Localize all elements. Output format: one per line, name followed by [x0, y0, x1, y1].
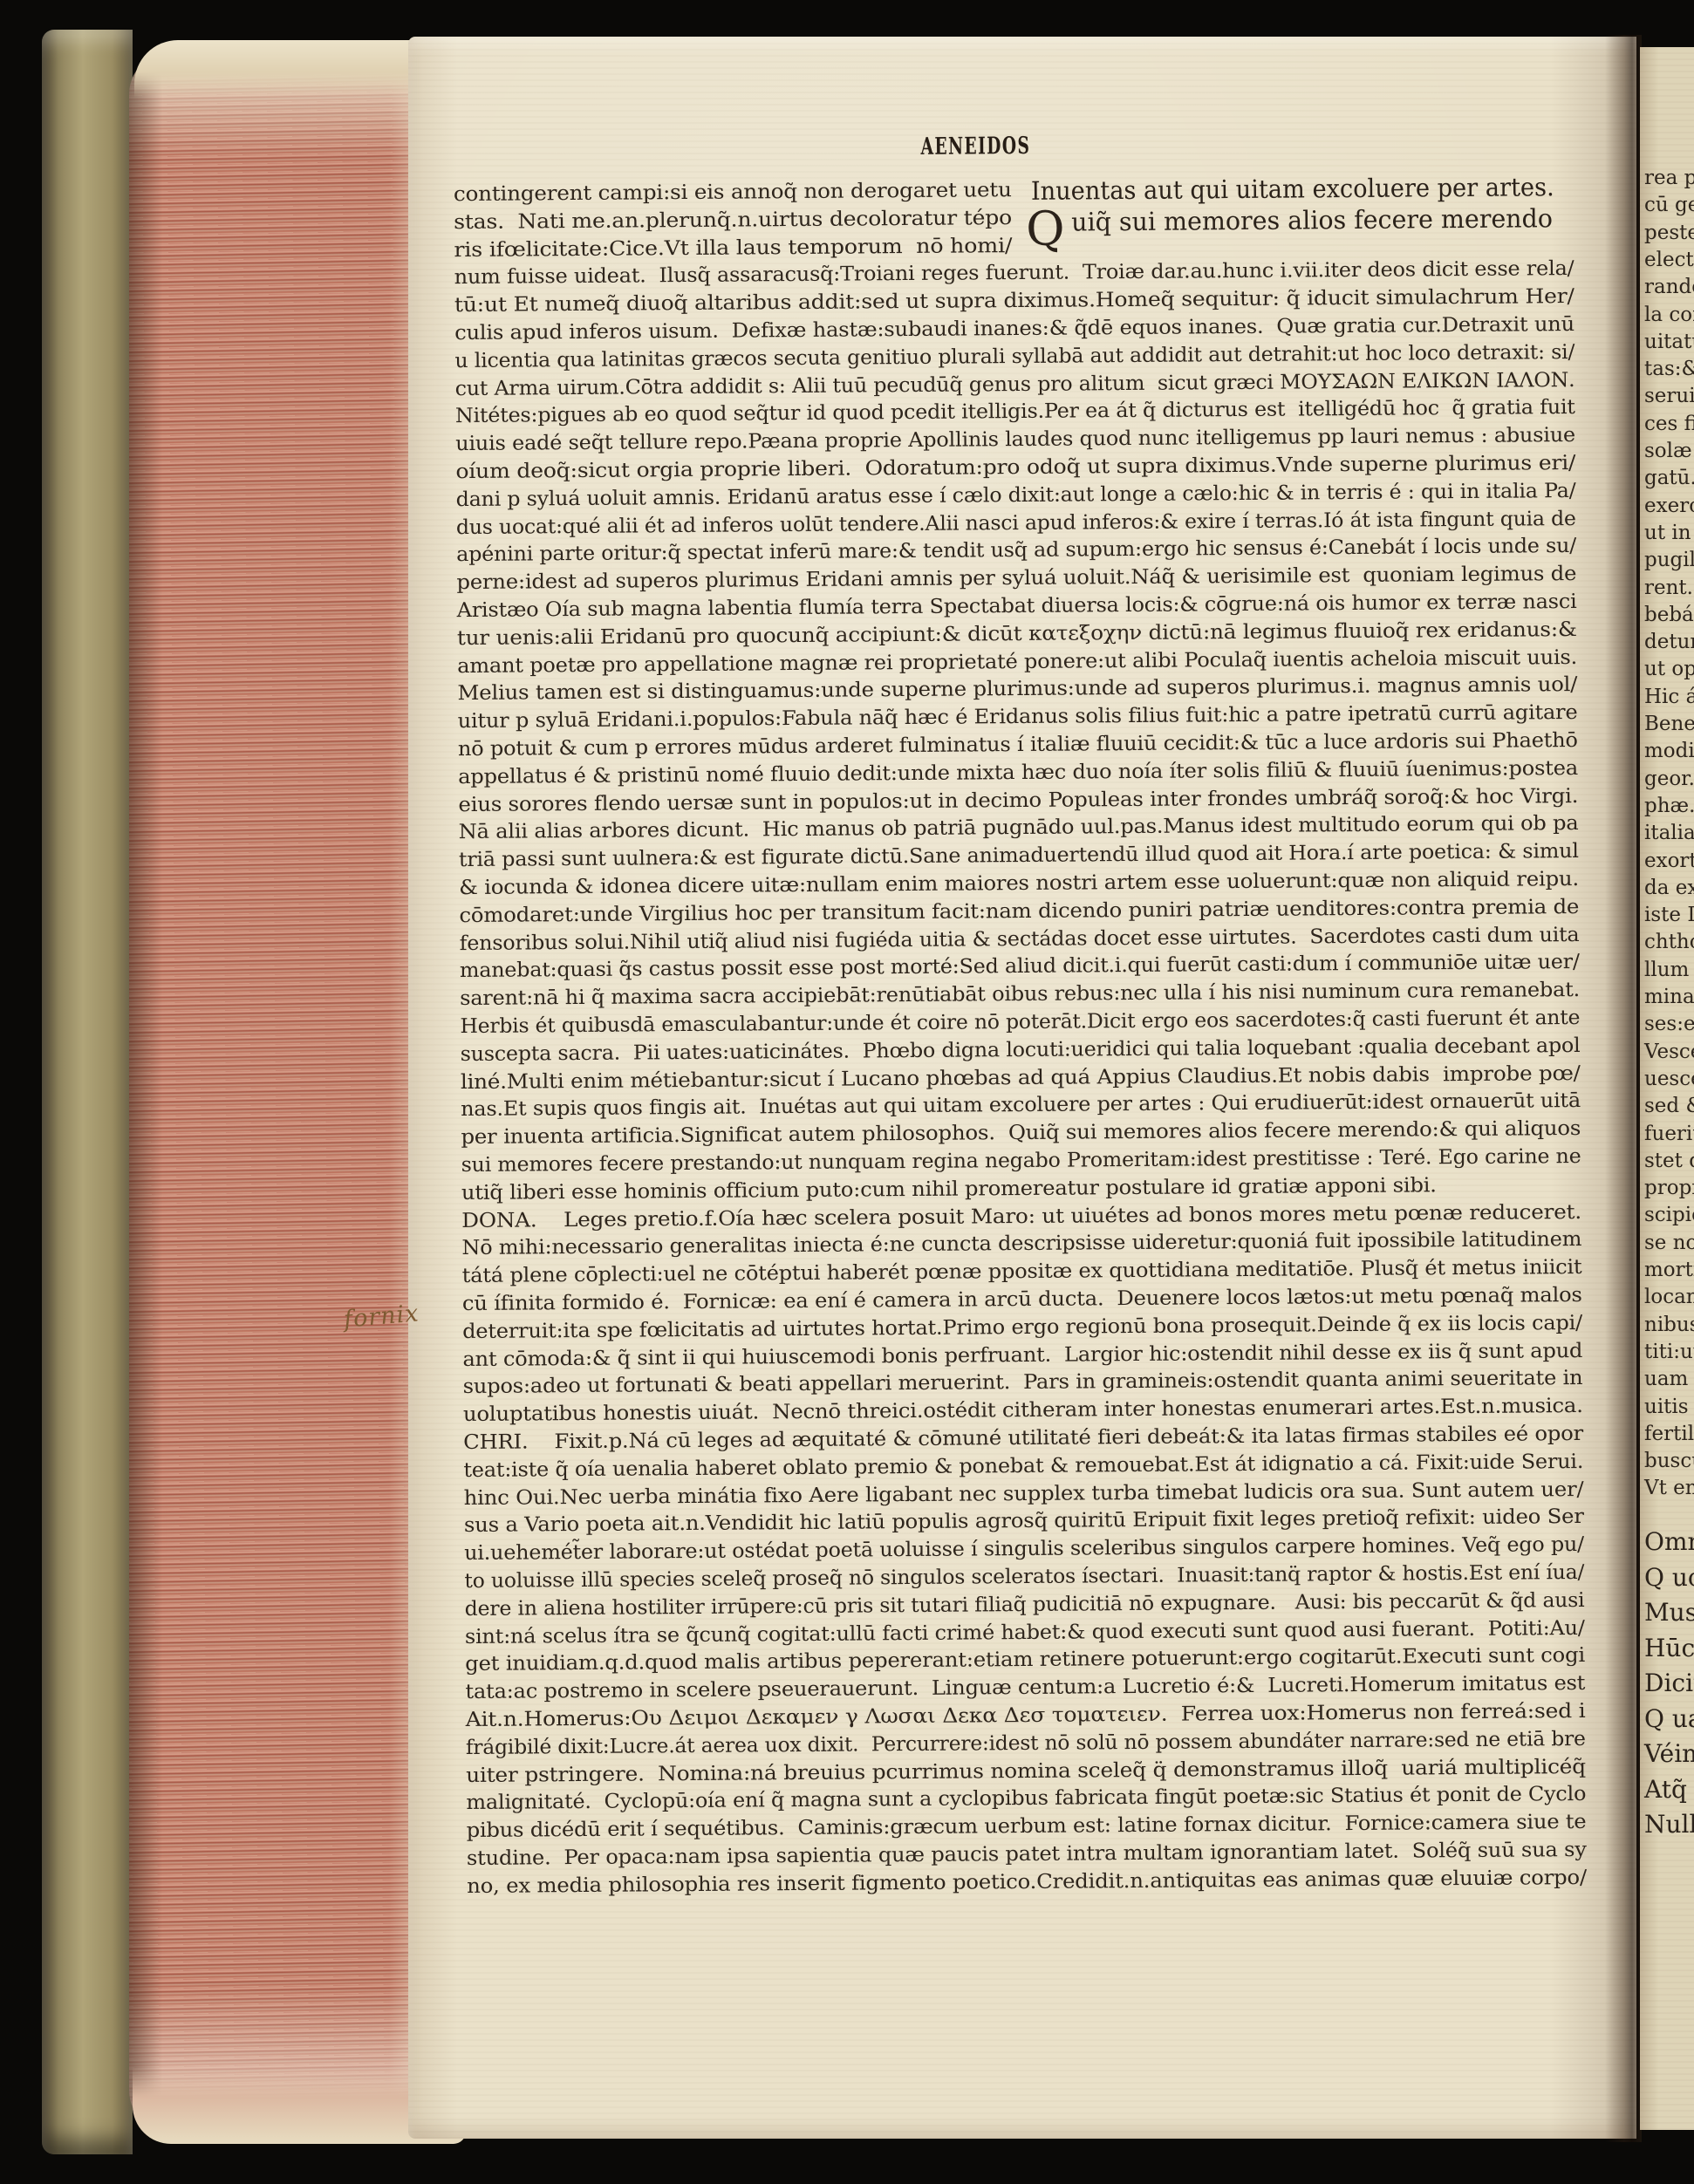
text-line: get inuidiam.q.d.quod malis artibus pepe… [465, 1644, 1585, 1676]
facing-page-line-fragment: buscunqu [1644, 1450, 1694, 1472]
text-line: u licentia qua latinitas græcos secuta g… [454, 341, 1574, 372]
facing-page-line-fragment: titi:ut Ha [1644, 1341, 1694, 1363]
text-line: stas. Nati me.an.plerunq̃.n.uirtus decol… [454, 207, 1012, 234]
text-line: Melius tamen est si distinguamus:unde su… [457, 673, 1577, 705]
facing-page-line-fragment: Vescent [1644, 1041, 1694, 1063]
text-line: ant cōmoda:& q̃ sint ii qui huiuscemodi … [462, 1340, 1582, 1371]
text-line: Ait.n.Homerus:Ου Δειμοι Δεκαμεν γ Λωσαι … [466, 1700, 1586, 1731]
text-line: sarent:nā hi q̃ maxima sacra accipiebāt:… [460, 979, 1580, 1010]
facing-page-line-fragment: rea polut [1644, 167, 1694, 189]
text-line: uitur p syluā Eridani.i.populos:Fabula n… [458, 701, 1578, 733]
facing-page-line-fragment: gatū. No [1644, 467, 1694, 489]
text-line: utiq̃ liberi esse hominis officium puto:… [461, 1174, 1437, 1205]
facing-page-line-fragment: tas:& He [1644, 358, 1694, 380]
text-line: perne:idest ad superos plurimus Eridani … [456, 563, 1576, 594]
text-line: uoluptatibus honestis uiuát. Necnō threi… [463, 1395, 1583, 1426]
text-line: sus a Vario poeta ait.n.Vendidit hic lat… [464, 1505, 1584, 1537]
text-line: cut Arma uirum.Cōtra addidit s: Alii tuū… [455, 369, 1575, 400]
book-photo: AENEIDOS Inuentas aut qui uitam excoluer… [0, 0, 1694, 2184]
text-line: tata:ac postremo in scelere pseuerauerun… [465, 1672, 1585, 1703]
text-line: num fuisse uideat. Ilusq̃ assaracusq̃:Tr… [454, 257, 1574, 289]
text-line: appellatus é & pristinū nomé fluuio dedi… [458, 757, 1578, 788]
text-line: ris ifœlicitate:Cice.Vt illa laus tempor… [454, 235, 1012, 262]
facing-page-line-fragment: rando:ue [1644, 276, 1694, 298]
text-line: amant poetæ pro appellatione magnæ rei p… [457, 646, 1577, 678]
facing-page-line-fragment: bebátur.A [1644, 604, 1694, 626]
facing-page-line-fragment: pugiles ex [1644, 549, 1694, 571]
facing-page-line-fragment: exercitati [1644, 495, 1694, 517]
facing-page-line-fragment: chthoni [1644, 931, 1694, 953]
text-line: dere in aliena hostiliter irrūpere:cū pr… [465, 1589, 1585, 1621]
facing-page-verse-fragment: Musæu [1644, 1598, 1694, 1627]
facing-page-line-fragment: Hic át obl [1644, 686, 1694, 708]
facing-page-verse-fragment: Q uos d [1644, 1563, 1694, 1592]
facing-page-verse-fragment: Hūc ha [1644, 1634, 1694, 1662]
text-line: malignitaté. Cyclopū:oía ení q̃ magna su… [466, 1783, 1586, 1814]
text-line: Nā alii alias arbores dicunt. Hic manus … [459, 812, 1579, 843]
text-line: dani p syluá uoluit amnis. Eridanū aratu… [456, 480, 1576, 511]
text-line: Aristæo Oía sub magna labentia flumía te… [457, 590, 1577, 622]
facing-page-line-fragment: fuerit:no [1644, 1123, 1694, 1145]
text-line: DONA. Leges pretio.f.Oía hæc scelera pos… [461, 1201, 1581, 1232]
facing-page-line-fragment: ces figme [1644, 413, 1694, 435]
facing-page-line-fragment: uitis pur [1644, 1396, 1694, 1418]
facing-page-line-fragment: fertilis. N [1644, 1423, 1694, 1445]
text-line: deterruit:ita spe fœlicitatis ad uirtute… [462, 1312, 1582, 1343]
facing-page-line-fragment: seruiés h [1644, 385, 1694, 407]
text-line: Nō mihi:necessario generalitas iniecta é… [461, 1228, 1581, 1259]
text-line: to uoluisse illū species sceleq̃ proseq̃… [464, 1561, 1584, 1593]
facing-page-line-fragment: iste Dard [1644, 904, 1694, 926]
facing-page-line-fragment: pestes:sec [1644, 222, 1694, 244]
text-line: uiuis eadé seq̃t tellure repo.Pæana prop… [455, 424, 1575, 455]
facing-page-line-fragment: ses:ex Ar [1644, 1013, 1694, 1035]
text-line: cū ífinita formido é. Fornicæ: ea ení é … [462, 1284, 1582, 1315]
facing-page-line-fragment: locantur: [1644, 1286, 1694, 1308]
facing-page-line-fragment: sed & d ca [1644, 1095, 1694, 1117]
facing-page-line-fragment: ut oppone [1644, 658, 1694, 680]
facing-page-line-fragment: llum As [1644, 959, 1694, 981]
facing-page-line-fragment: cū gemit [1644, 194, 1694, 216]
text-line: tátá plene cōplecti:uel ne cōtéptui habe… [462, 1256, 1582, 1287]
facing-page-line-fragment: electo ge [1644, 249, 1694, 271]
text-line: contingerent campi:si eis annoq̃ non der… [454, 179, 1012, 206]
printed-text-area: AENEIDOS Inuentas aut qui uitam excoluer… [400, 32, 1645, 2144]
facing-page-line-fragment: rent.Erat [1644, 577, 1694, 599]
text-line: cōmodaret:unde Virgilius hoc per transit… [459, 896, 1579, 927]
facing-page-verse-fragment: Omnib [1644, 1527, 1694, 1556]
text-line: Nitétes:pigues ab eo quod seq̃tur id quo… [455, 396, 1575, 427]
facing-page-line-fragment: ut in peric [1644, 522, 1694, 544]
text-line: dus uocat:qué alii ét ad inferos uolūt t… [456, 508, 1576, 539]
text-line: apénini parte oritur:q̃ spectat inferū m… [456, 535, 1576, 566]
text-line: oíum deoq̃:sicut orgia proprie liberi. O… [455, 452, 1575, 483]
text-line: frágibilé dixit:Lucre.át aerea uox dixit… [466, 1728, 1586, 1759]
text-line: liné.Multi enim métiebantur:sicut í Luca… [461, 1062, 1581, 1094]
facing-page-line-fragment: minauit [1644, 986, 1694, 1008]
text-line: pibus dicédū erit í sequétibus. Caminis:… [467, 1811, 1587, 1842]
facing-page-line-fragment: phæ.Ven [1644, 795, 1694, 817]
text-line: nas.Et supis quos fingis ait. Inuétas au… [461, 1089, 1581, 1121]
text-line: & iocunda & idonea dicere uitæ:nullam en… [459, 868, 1579, 899]
text-line: Herbis ét quibusdā emasculabantur:unde é… [460, 1007, 1580, 1038]
facing-page-line-fragment: italia ex lo [1644, 822, 1694, 844]
facing-page-line-fragment: uam inte [1644, 1368, 1694, 1390]
book-page: AENEIDOS Inuentas aut qui uitam excoluer… [408, 37, 1636, 2139]
facing-page-line-fragment: Vt enim [1644, 1477, 1694, 1499]
facing-page-line-fragment: deturpant [1644, 631, 1694, 653]
facing-page-line-fragment: stet duo u [1644, 1150, 1694, 1172]
text-line: per inuenta artificia.Significat autem p… [461, 1117, 1581, 1149]
text-line: uiter pstringere. Nomina:ná breuius pcur… [466, 1756, 1586, 1787]
text-line: teat:iste q̃ oía uenalia haberet oblato … [463, 1450, 1583, 1482]
text-line: suscepta sacra. Pii uates:uaticinátes. P… [461, 1034, 1581, 1066]
verse-line-2: Quiq̃ sui memores alios fecere merendo [1026, 203, 1561, 247]
verse-line-1: Inuentas aut qui uitam excoluere per art… [1031, 172, 1554, 206]
facing-page-line-fragment: uitatū & [1644, 331, 1694, 353]
book-cover-board [42, 30, 133, 2154]
facing-page-line-fragment: da exular [1644, 877, 1694, 899]
text-line: tū:ut Et numeq̃ diuoq̃ altaribus addit:s… [454, 285, 1574, 317]
facing-page-line-fragment: solæ debe [1644, 440, 1694, 462]
running-title: AENEIDOS [920, 133, 1030, 160]
facing-page-line-fragment: modi reb [1644, 740, 1694, 762]
text-line: sui memores fecere prestando:ut nunquam … [461, 1145, 1581, 1177]
facing-page-verse-fragment: Véimu [1644, 1739, 1694, 1768]
commentary-block: contingerent campi:si eis annoq̃ non der… [400, 32, 1629, 42]
text-line: hinc Oui.Nec uerba minátia fixo Aere lig… [464, 1478, 1584, 1510]
facing-page-line-fragment: mortis ge [1644, 1259, 1694, 1281]
text-line: triā passi sunt uulnera:& est figurate d… [459, 840, 1579, 871]
text-line: manebat:quasi q̃s castus possit esse pos… [460, 951, 1580, 982]
facing-page-verse-fragment: Q uæ n [1644, 1704, 1694, 1733]
text-line: CHRI. Fixit.p.Ná cū leges ad æquitaté & … [463, 1423, 1583, 1454]
facing-page-line-fragment: uescentes [1644, 1068, 1694, 1090]
text-line: studine. Per opaca:nam ipsa sapientia qu… [467, 1839, 1587, 1870]
drop-cap-initial: Q [1026, 212, 1065, 247]
facing-page-line-fragment: scipienda [1644, 1204, 1694, 1226]
facing-page-verse-fragment: Atq̃ hu [1644, 1775, 1694, 1804]
facing-page-verse-fragment: Nulli d [1644, 1810, 1694, 1839]
facing-page-line-fragment: geor. Ge [1644, 768, 1694, 790]
text-line: ui.uehemét̃er laborare:ut ostédat poetā … [464, 1533, 1584, 1565]
text-line: supos:adeo ut fortunati & beati appellar… [463, 1367, 1583, 1398]
text-line: nō potuit & cum p errores mūdus arderet … [458, 729, 1578, 761]
facing-page-line-fragment: la corpor [1644, 304, 1694, 326]
gutter-shadow [1605, 35, 1642, 2142]
facing-page-strip: rea polutcū gemitpestes:secelecto gerand… [1640, 47, 1694, 2130]
facing-page-line-fragment: Bene át se [1644, 713, 1694, 735]
text-line: eius sorores flendo uersæ sunt in populo… [458, 785, 1578, 816]
facing-page-line-fragment: nibus hor [1644, 1314, 1694, 1336]
verse-line-2-text: uiq̃ sui memores alios fecere merendo [1071, 203, 1553, 236]
facing-page-line-fragment: exorta é [1644, 850, 1694, 872]
text-line: tur uenis:alii Eridanū pro quocunq̃ acci… [457, 618, 1577, 650]
text-line: fensoribus solui.Nihil utiq̃ aliud nisi … [460, 924, 1580, 955]
text-line: culis apud inferos uisum. Defixæ hastæ:s… [454, 313, 1574, 345]
text-line: sint:ná scelus ítra se q̃cunq̃ cogitat:u… [465, 1617, 1585, 1648]
text-line: no, ex media philosophia res inserit fig… [467, 1867, 1587, 1898]
facing-page-line-fragment: proprium [1644, 1177, 1694, 1199]
facing-page-line-fragment: se non qu [1644, 1232, 1694, 1254]
facing-page-verse-fragment: Dicite f [1644, 1669, 1694, 1697]
